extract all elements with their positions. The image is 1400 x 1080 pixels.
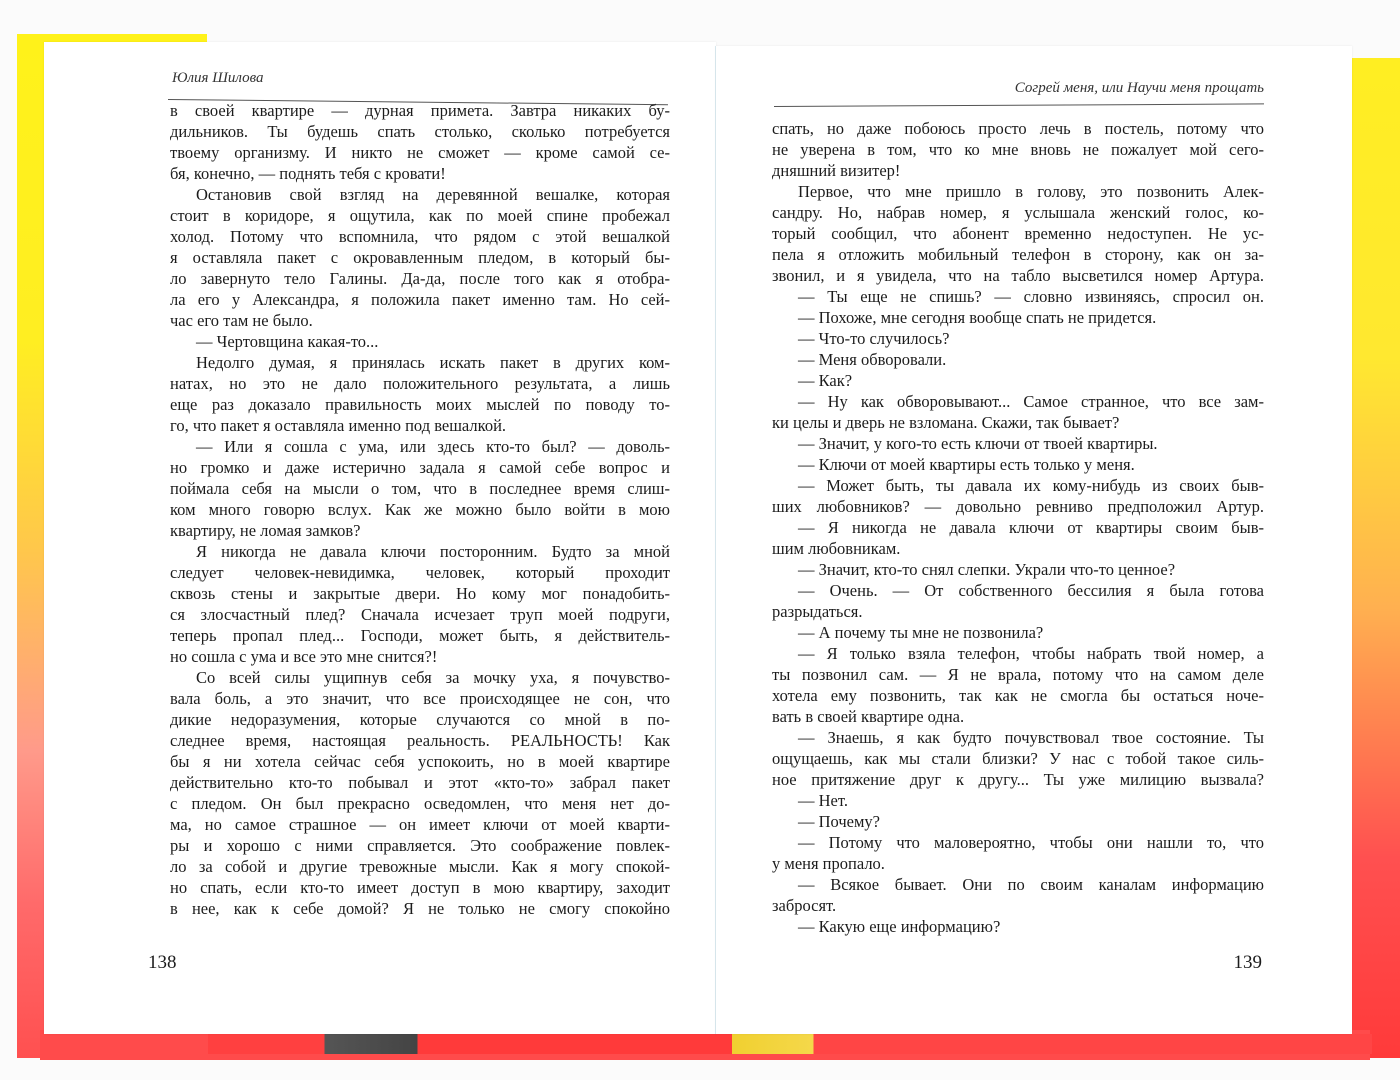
text-line: — Ну как обворовывают... Самое странное,… xyxy=(772,391,1264,412)
text-line: — Потому что маловероятно, чтобы они наш… xyxy=(772,832,1264,853)
text-line: твоему организму. И никто не сможет — кр… xyxy=(170,142,670,163)
text-line: — Я никогда не давала ключи от квартиры … xyxy=(772,517,1264,538)
text-line: следует человек-невидимка, человек, кото… xyxy=(170,562,670,583)
text-line: — Очень. — От собственного бессилия я бы… xyxy=(772,580,1264,601)
text-line: дильников. Ты будешь спать столько, скол… xyxy=(170,121,670,142)
text-line: у меня пропало. xyxy=(772,853,1264,874)
right-page-body-text: спать, но даже побоюсь просто лечь в пос… xyxy=(772,118,1264,937)
text-line: Я никогда не давала ключи посторонним. Б… xyxy=(170,541,670,562)
running-head-title: Согрей меня, или Научи меня прощать xyxy=(1015,80,1264,97)
text-line: Остановив свой взгляд на деревянной веша… xyxy=(170,184,670,205)
header-rule xyxy=(774,103,1264,107)
text-line: Первое, что мне пришло в голову, это поз… xyxy=(772,181,1264,202)
text-line: — Что-то случилось? xyxy=(772,328,1264,349)
text-line: — Значит, кто-то снял слепки. Украли что… xyxy=(772,559,1264,580)
text-line: но громко и даже истерично задала я само… xyxy=(170,457,670,478)
text-line: — Как? xyxy=(772,370,1264,391)
text-line: — Всякое бывает. Они по своим каналам ин… xyxy=(772,874,1264,895)
text-line: — Почему? xyxy=(772,811,1264,832)
left-page-body-text: в своей квартире — дурная примета. Завтр… xyxy=(170,100,670,919)
text-line: сквозь стены и закрытые двери. Но кому м… xyxy=(170,583,670,604)
text-line: ло за собой и другие тревожные мысли. Ка… xyxy=(170,856,670,877)
left-page: Юлия Шилова в своей квартире — дурная пр… xyxy=(44,42,716,1034)
text-line: поймала себя на мысли о том, что в после… xyxy=(170,478,670,499)
text-line: сандру. Но, набрав номер, я услышала жен… xyxy=(772,202,1264,223)
text-line: еще раз доказало правильность моих мысле… xyxy=(170,394,670,415)
text-line: но сошла с ума и все это мне снится?! xyxy=(170,646,670,667)
text-line: — Знаешь, я как будто почувствовал твое … xyxy=(772,727,1264,748)
text-line: хотела ему позвонить, так как не смогла … xyxy=(772,685,1264,706)
text-line: ощущаешь, как мы стали близки? У нас с т… xyxy=(772,748,1264,769)
text-line: шим любовникам. xyxy=(772,538,1264,559)
text-line: не уверена в том, что ко мне вновь не по… xyxy=(772,139,1264,160)
text-line: ла его у Александра, я положила пакет им… xyxy=(170,289,670,310)
text-line: стоит в коридоре, я ощутила, как по моей… xyxy=(170,205,670,226)
text-line: — Значит, у кого-то есть ключи от твоей … xyxy=(772,433,1264,454)
text-line: вать в своей квартире одна. xyxy=(772,706,1264,727)
text-line: ное притяжение друг к другу... Ты уже ми… xyxy=(772,769,1264,790)
text-line: — А почему ты мне не позвонила? xyxy=(772,622,1264,643)
text-line: натах, но это не дало положительного рез… xyxy=(170,373,670,394)
text-line: вала боль, а это значит, что все происхо… xyxy=(170,688,670,709)
text-line: квартиру, не ломая замков? xyxy=(170,520,670,541)
text-line: пела я отложить мобильный телефон в стор… xyxy=(772,244,1264,265)
text-line: — Может быть, ты давала их кому-нибудь и… xyxy=(772,475,1264,496)
text-line: ты позвонил сам. — Я не врала, потому чт… xyxy=(772,664,1264,685)
text-line: ры и хорошо с ними справляется. Это сооб… xyxy=(170,835,670,856)
text-line: забросят. xyxy=(772,895,1264,916)
text-line: ки целы и дверь не взломана. Скажи, так … xyxy=(772,412,1264,433)
book-spine-band xyxy=(208,1034,1372,1054)
text-line: Со всей силы ущипнув себя за мочку уха, … xyxy=(170,667,670,688)
text-line: ших любовников? — довольно ревниво предп… xyxy=(772,496,1264,517)
right-page: Согрей меня, или Научи меня прощать спат… xyxy=(716,46,1352,1034)
text-line: разрыдаться. xyxy=(772,601,1264,622)
text-line: — Чертовщина какая-то... xyxy=(170,331,670,352)
text-line: го, что пакет я оставляла именно под веш… xyxy=(170,415,670,436)
text-line: теперь пропал плед... Господи, может быт… xyxy=(170,625,670,646)
text-line: ся злосчастный плед? Сначала исчезает тр… xyxy=(170,604,670,625)
text-line: — Похоже, мне сегодня вообще спать не пр… xyxy=(772,307,1264,328)
page-number: 138 xyxy=(148,952,177,974)
text-line: — Или я сошла с ума, или здесь кто-то бы… xyxy=(170,436,670,457)
text-line: — Ключи от моей квартиры есть только у м… xyxy=(772,454,1264,475)
text-line: Недолго думая, я принялась искать пакет … xyxy=(170,352,670,373)
text-line: — Какую еще информацию? xyxy=(772,916,1264,937)
text-line: следнее время, настоящая реальность. РЕА… xyxy=(170,730,670,751)
text-line: действительно кто-то побывал и этот «кто… xyxy=(170,772,670,793)
text-line: — Меня обворовали. xyxy=(772,349,1264,370)
text-line: в нее, как к себе домой? Я не только не … xyxy=(170,898,670,919)
text-line: ком много говорю вслух. Как же можно был… xyxy=(170,499,670,520)
text-line: ло завернуто тело Галины. Да-да, после т… xyxy=(170,268,670,289)
text-line: холод. Потому что вспомнила, что рядом с… xyxy=(170,226,670,247)
text-line: но спать, если кто-то имеет доступ в мою… xyxy=(170,877,670,898)
text-line: в своей квартире — дурная примета. Завтр… xyxy=(170,100,670,121)
text-line: бы я ни хотела сейчас себя успокоить, но… xyxy=(170,751,670,772)
text-line: спать, но даже побоюсь просто лечь в пос… xyxy=(772,118,1264,139)
page-number: 139 xyxy=(1234,952,1263,974)
text-line: звонил, и я увидела, что на табло высвет… xyxy=(772,265,1264,286)
text-line: дняшний визитер! xyxy=(772,160,1264,181)
text-line: дикие недоразумения, которые случаются с… xyxy=(170,709,670,730)
text-line: час его там не было. xyxy=(170,310,670,331)
text-line: я оставляла пакет с окровавленным пледом… xyxy=(170,247,670,268)
text-line: бя, конечно, — поднять тебя с кровати! xyxy=(170,163,670,184)
text-line: — Нет. xyxy=(772,790,1264,811)
text-line: — Ты еще не спишь? — словно извиняясь, с… xyxy=(772,286,1264,307)
text-line: ма, но самое страшное — он имеет ключи о… xyxy=(170,814,670,835)
text-line: — Я только взяла телефон, чтобы набрать … xyxy=(772,643,1264,664)
text-line: с пледом. Он был прекрасно осведомлен, ч… xyxy=(170,793,670,814)
text-line: торый сообщил, что абонент временно недо… xyxy=(772,223,1264,244)
running-head-author: Юлия Шилова xyxy=(172,70,264,87)
